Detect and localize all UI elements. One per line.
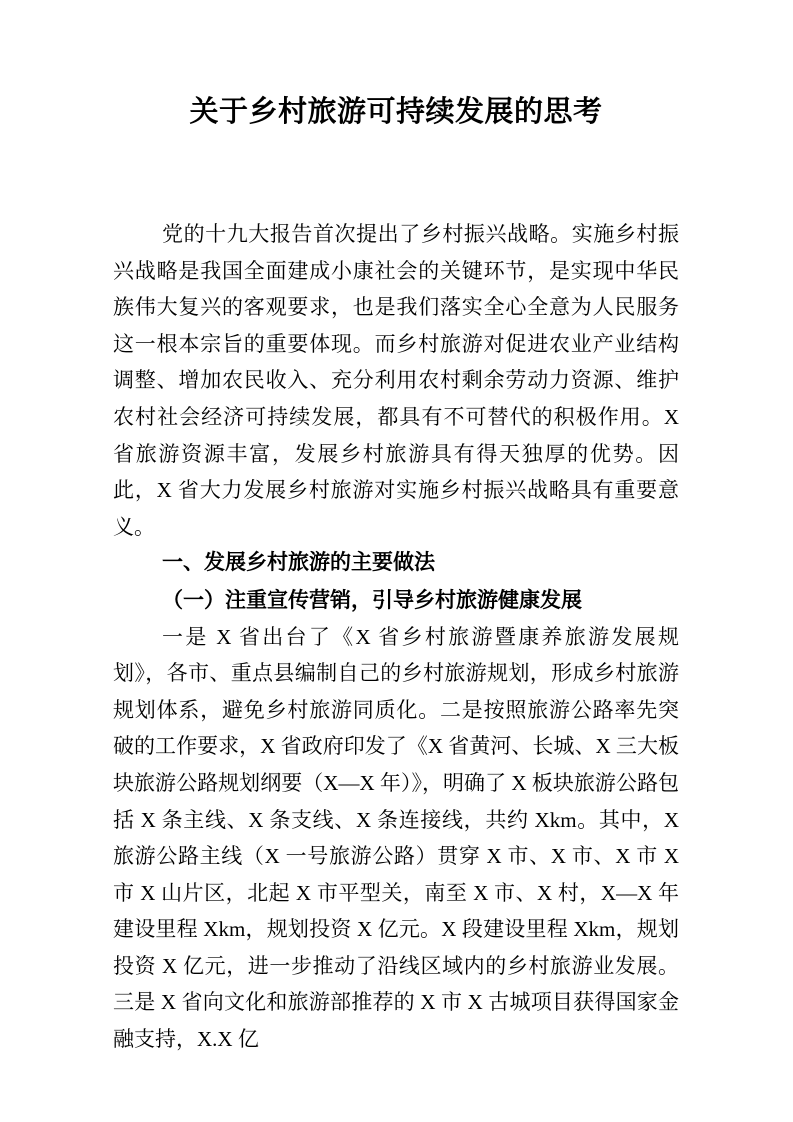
subsection-1-1-paragraph: 一是 X 省出台了《X 省乡村旅游暨康养旅游发展规划》，各市、重点县编制自己的乡… bbox=[113, 619, 679, 1058]
section-1-heading: 一、发展乡村旅游的主要做法 bbox=[113, 545, 679, 582]
document-page: 关于乡村旅游可持续发展的思考 党的十九大报告首次提出了乡村振兴战略。实施乡村振兴… bbox=[0, 0, 793, 1122]
document-title: 关于乡村旅游可持续发展的思考 bbox=[113, 94, 679, 130]
intro-paragraph: 党的十九大报告首次提出了乡村振兴战略。实施乡村振兴战略是我国全面建成小康社会的关… bbox=[113, 216, 679, 545]
subsection-1-1-heading: （一）注重宣传营销，引导乡村旅游健康发展 bbox=[113, 582, 679, 619]
